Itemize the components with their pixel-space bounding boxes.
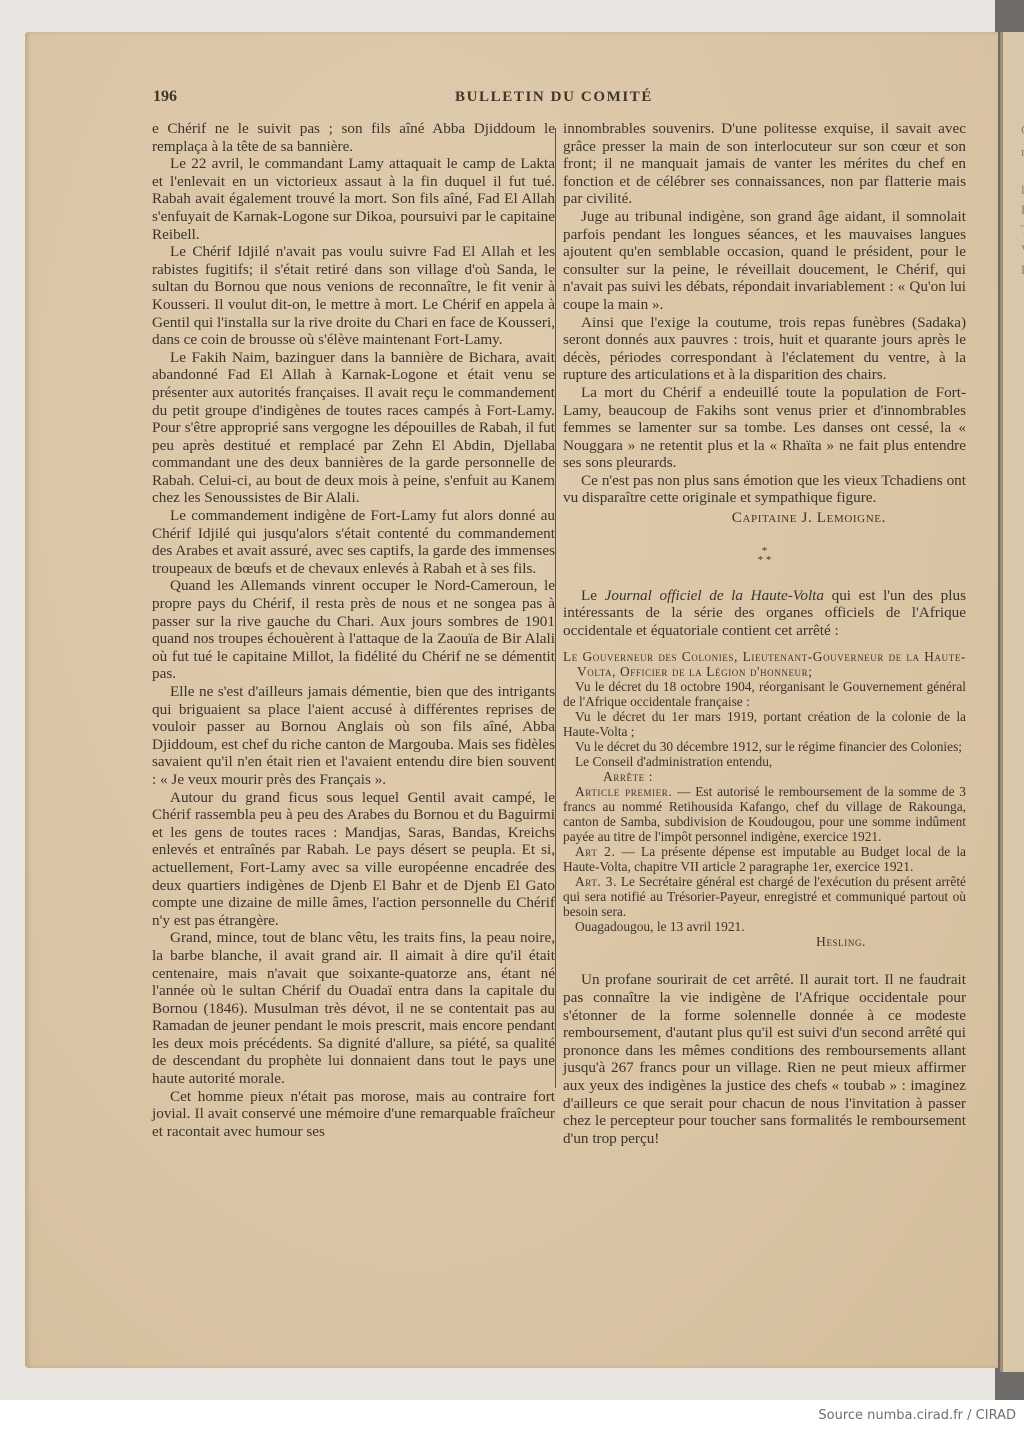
decree: Le Gouverneur des Colonies, Lieutenant-G… — [563, 649, 966, 949]
journal-title: BULLETIN DU COMITÉ — [455, 89, 653, 106]
paragraph: Ce n'est pas non plus sans émotion que l… — [563, 472, 966, 507]
article-text: Le Secrétaire général est chargé de l'ex… — [563, 874, 966, 919]
paragraph: e Chérif ne le suivit pas ; son fils aîn… — [152, 120, 555, 155]
decree-article: Art 2. — La présente dépense est imputab… — [563, 844, 966, 874]
paragraph: Le commandement indigène de Fort-Lamy fu… — [152, 507, 555, 577]
asterism-bottom: * * — [563, 556, 966, 565]
decree-place-date: Ouagadougou, le 13 avril 1921. — [563, 919, 966, 934]
decree-consideration: Le Conseil d'administration entendu, — [563, 754, 966, 769]
article-label: Art 2. — [575, 844, 615, 859]
paragraph: La mort du Chérif a endeuillé toute la p… — [563, 384, 966, 472]
right-column: innombrables souvenirs. D'une politesse … — [563, 120, 966, 1147]
section-asterism: * * * — [563, 547, 966, 565]
paragraph: Ainsi que l'exige la coutume, trois repa… — [563, 314, 966, 384]
decree-signatory: Hesling. — [563, 934, 966, 949]
decree-article: Art. 3. Le Secrétaire général est chargé… — [563, 874, 966, 919]
intro-text: Le — [581, 587, 605, 604]
adjacent-page-edge: C n le F T V L — [1000, 32, 1024, 1372]
paragraph: Elle ne s'est d'ailleurs jamais démentie… — [152, 683, 555, 789]
source-credit: Source numba.cirad.fr / CIRAD — [818, 1408, 1016, 1423]
decree-consideration: Vu le décret du 30 décembre 1912, sur le… — [563, 739, 966, 754]
paragraph: Quand les Allemands vinrent occuper le N… — [152, 577, 555, 683]
article-label: Art. 3. — [575, 874, 617, 889]
paragraph: Juge au tribunal indigène, son grand âge… — [563, 208, 966, 314]
arrete-label: Arrête : — [563, 769, 966, 784]
journal-intro: Le Journal officiel de la Haute-Volta qu… — [563, 587, 966, 640]
left-column: e Chérif ne le suivit pas ; son fils aîn… — [152, 120, 555, 1140]
paragraph: Le 22 avril, le commandant Lamy attaquai… — [152, 155, 555, 243]
article-label: Article premier. — [575, 784, 672, 799]
paragraph: Grand, mince, tout de blanc vêtu, les tr… — [152, 929, 555, 1087]
decree-preamble: Le Gouverneur des Colonies, Lieutenant-G… — [563, 649, 966, 679]
commentary-paragraph: Un profane sourirait de cet arrêté. Il a… — [563, 971, 966, 1147]
column-divider — [555, 128, 556, 1088]
running-header: 196 BULLETIN DU COMITÉ — [150, 88, 960, 112]
article-signature: Capitaine J. Lemoigne. — [563, 509, 966, 527]
paragraph: Cet homme pieux n'était pas morose, mais… — [152, 1088, 555, 1141]
page-number: 196 — [153, 88, 177, 106]
spacer — [563, 949, 966, 971]
paragraph: Le Fakih Naim, bazinguer dans la bannièr… — [152, 349, 555, 507]
decree-consideration: Vu le décret du 1er mars 1919, portant c… — [563, 709, 966, 739]
article-text: — La présente dépense est imputable au B… — [563, 844, 966, 874]
decree-consideration: Vu le décret du 18 octobre 1904, réorgan… — [563, 679, 966, 709]
paragraph: Autour du grand ficus sous lequel Gentil… — [152, 789, 555, 930]
decree-article: Article premier. — Est autorisé le rembo… — [563, 784, 966, 844]
journal-name: Journal officiel de la Haute-Volta — [605, 587, 824, 604]
paragraph: innombrables souvenirs. D'une politesse … — [563, 120, 966, 208]
paragraph: Le Chérif Idjilé n'avait pas voulu suivr… — [152, 243, 555, 349]
